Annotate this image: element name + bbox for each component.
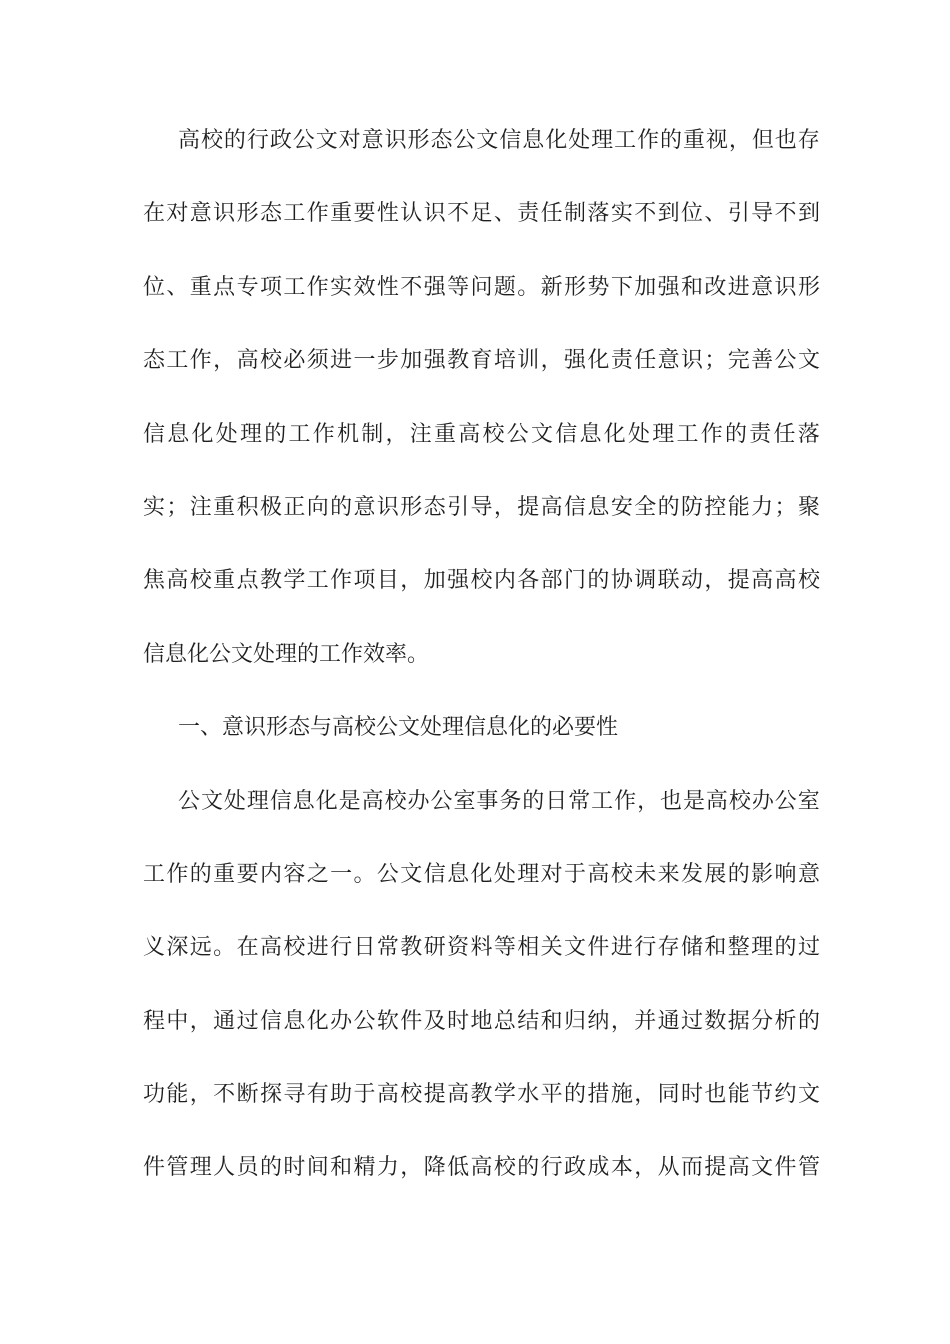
body-line: 公文处理信息化是高校办公室事务的日常工作，也是高校办公室 [143, 764, 820, 837]
body-line: 义深远。在高校进行日常教研资料等相关文件进行存储和整理的过 [143, 910, 820, 983]
body-line: 实；注重积极正向的意识形态引导，提高信息安全的防控能力；聚 [143, 470, 820, 543]
section-heading-line: 一、意识形态与高校公文处理信息化的必要性 [143, 690, 820, 763]
body-line: 信息化处理的工作机制，注重高校公文信息化处理工作的责任落 [143, 397, 820, 470]
body-line: 程中，通过信息化办公软件及时地总结和归纳，并通过数据分析的 [143, 984, 820, 1057]
body-line: 焦高校重点教学工作项目，加强校内各部门的协调联动，提高高校 [143, 543, 820, 616]
body-line: 高校的行政公文对意识形态公文信息化处理工作的重视，但也存 [143, 103, 820, 176]
body-line: 态工作，高校必须进一步加强教育培训，强化责任意识；完善公文 [143, 323, 820, 396]
body-line: 件管理人员的时间和精力，降低高校的行政成本，从而提高文件管 [143, 1130, 820, 1203]
body-line: 功能，不断探寻有助于高校提高教学水平的措施，同时也能节约文 [143, 1057, 820, 1130]
body-line: 信息化公文处理的工作效率。 [143, 617, 820, 690]
document-text-block: 高校的行政公文对意识形态公文信息化处理工作的重视，但也存 在对意识形态工作重要性… [143, 103, 820, 1204]
body-line: 在对意识形态工作重要性认识不足、责任制落实不到位、引导不到 [143, 176, 820, 249]
body-line: 位、重点专项工作实效性不强等问题。新形势下加强和改进意识形 [143, 250, 820, 323]
document-page: 高校的行政公文对意识形态公文信息化处理工作的重视，但也存 在对意识形态工作重要性… [0, 0, 950, 1344]
body-line: 工作的重要内容之一。公文信息化处理对于高校未来发展的影响意 [143, 837, 820, 910]
